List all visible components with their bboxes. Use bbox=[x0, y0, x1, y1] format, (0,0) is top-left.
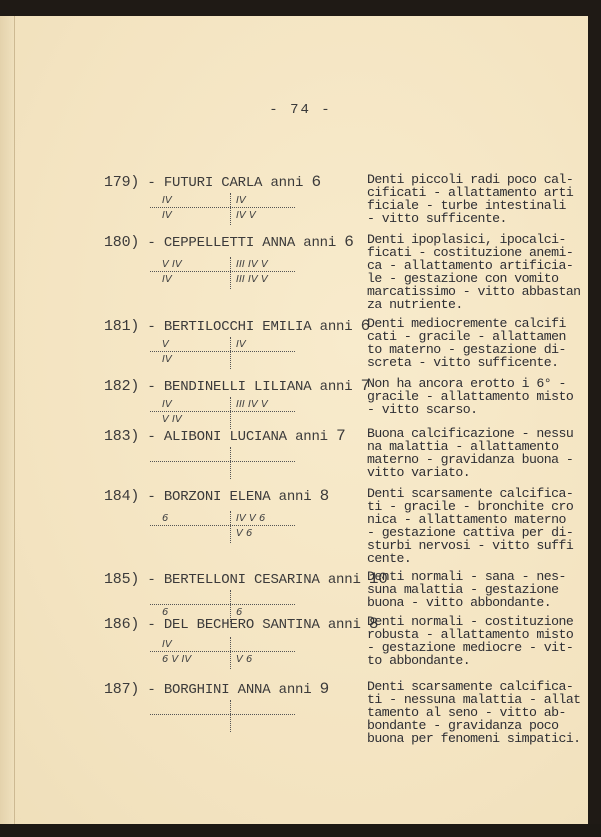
age-label: anni bbox=[320, 379, 353, 395]
lower-right-teeth: V 6 bbox=[236, 654, 296, 665]
entry-header: 180) - CEPPELLETTI ANNA anni 6 bbox=[104, 233, 354, 251]
chart-vertical-axis bbox=[230, 397, 231, 429]
dash: - bbox=[147, 489, 163, 505]
chart-horizontal-axis bbox=[150, 271, 295, 272]
lower-right-teeth: IV V bbox=[236, 210, 296, 221]
patient-name: BORZONI ELENA bbox=[164, 489, 271, 505]
entry-description: Denti scarsamente calcifica- ti - gracil… bbox=[367, 487, 592, 565]
patient-name: DEL BECHERO SANTINA bbox=[164, 617, 320, 633]
entry-header: 187) - BORGHINI ANNA anni 9 bbox=[104, 680, 329, 698]
scan-border bbox=[0, 824, 601, 837]
entry-number: 181) bbox=[104, 318, 139, 335]
lower-left-teeth: IV bbox=[162, 274, 226, 285]
chart-horizontal-axis bbox=[150, 461, 295, 462]
dash: - bbox=[147, 682, 163, 698]
dental-chart: V IV III IV V IV III IV V bbox=[150, 257, 295, 293]
chart-vertical-axis bbox=[230, 637, 231, 669]
dash: - bbox=[147, 617, 163, 633]
chart-vertical-axis bbox=[230, 700, 231, 732]
dash: - bbox=[147, 175, 163, 191]
chart-horizontal-axis bbox=[150, 207, 295, 208]
dash: - bbox=[147, 429, 163, 445]
dash: - bbox=[147, 235, 163, 251]
patient-age: 9 bbox=[320, 680, 329, 698]
entry-number: 184) bbox=[104, 488, 139, 505]
chart-horizontal-axis bbox=[150, 411, 295, 412]
dash: - bbox=[147, 572, 163, 588]
dental-chart: V IV IV bbox=[150, 337, 295, 373]
entry-description: Buona calcificazione - nessu na malattia… bbox=[367, 427, 592, 479]
upper-right-teeth: IV bbox=[236, 195, 296, 206]
chart-horizontal-axis bbox=[150, 604, 295, 605]
dental-chart: IV IV IV IV V bbox=[150, 193, 295, 229]
entry-description: Denti normali - costituzione robusta - a… bbox=[367, 615, 592, 667]
entry-header: 181) - BERTILOCCHI EMILIA anni 6 bbox=[104, 317, 370, 335]
age-label: anni bbox=[303, 235, 336, 251]
patient-name: BORGHINI ANNA bbox=[164, 682, 271, 698]
chart-vertical-axis bbox=[230, 511, 231, 543]
chart-horizontal-axis bbox=[150, 351, 295, 352]
patient-name: BENDINELLI LILIANA bbox=[164, 379, 312, 395]
entry-header: 179) - FUTURI CARLA anni 6 bbox=[104, 173, 321, 191]
book-gutter bbox=[0, 16, 15, 824]
upper-left-teeth: V bbox=[162, 339, 226, 350]
entry-number: 180) bbox=[104, 234, 139, 251]
age-label: anni bbox=[295, 429, 328, 445]
entry-description: Non ha ancora erotto i 6° - gracile - al… bbox=[367, 377, 592, 416]
entry-header: 182) - BENDINELLI LILIANA anni 7 bbox=[104, 377, 370, 395]
dental-chart: IV 6 V IV V 6 bbox=[150, 637, 295, 673]
entry-header: 184) - BORZONI ELENA anni 8 bbox=[104, 487, 329, 505]
patient-age: 8 bbox=[320, 487, 329, 505]
entry-description: Denti mediocremente calcifi cati - graci… bbox=[367, 317, 592, 369]
age-label: anni bbox=[320, 319, 353, 335]
entry-header: 185) - BERTELLONI CESARINA anni 10 bbox=[104, 570, 388, 588]
dental-chart bbox=[150, 447, 295, 483]
chart-vertical-axis bbox=[230, 337, 231, 369]
age-label: anni bbox=[328, 572, 361, 588]
upper-left-teeth: V IV bbox=[162, 259, 226, 270]
upper-left-teeth: IV bbox=[162, 195, 226, 206]
lower-right-teeth: III IV V bbox=[236, 274, 296, 285]
patient-name: CEPPELLETTI ANNA bbox=[164, 235, 295, 251]
age-label: anni bbox=[279, 489, 312, 505]
patient-name: FUTURI CARLA bbox=[164, 175, 262, 191]
dental-chart bbox=[150, 700, 295, 736]
chart-vertical-axis bbox=[230, 257, 231, 289]
lower-left-teeth: 6 V IV bbox=[162, 654, 226, 665]
entry-number: 187) bbox=[104, 681, 139, 698]
entry-description: Denti ipoplasici, ipocalci- ficati - cos… bbox=[367, 233, 592, 311]
entry-description: Denti scarsamente calcifica- ti - nessun… bbox=[367, 680, 592, 745]
chart-horizontal-axis bbox=[150, 525, 295, 526]
lower-left-teeth: V IV bbox=[162, 414, 226, 425]
upper-left-teeth: IV bbox=[162, 399, 226, 410]
age-label: anni bbox=[328, 617, 361, 633]
entry-number: 185) bbox=[104, 571, 139, 588]
entry-number: 186) bbox=[104, 616, 139, 633]
dental-chart: 6 IV V 6 V 6 bbox=[150, 511, 295, 547]
patient-name: ALIBONI LUCIANA bbox=[164, 429, 287, 445]
patient-age: 7 bbox=[336, 427, 345, 445]
lower-left-teeth: IV bbox=[162, 210, 226, 221]
lower-left-teeth: IV bbox=[162, 354, 226, 365]
patient-age: 6 bbox=[344, 233, 353, 251]
entry-description: Denti piccoli radi poco cal- cificati - … bbox=[367, 173, 592, 225]
page-number: - 74 - bbox=[0, 102, 601, 118]
chart-horizontal-axis bbox=[150, 651, 295, 652]
patient-age: 6 bbox=[311, 173, 320, 191]
upper-right-teeth: III IV V bbox=[236, 259, 296, 270]
upper-right-teeth: III IV V bbox=[236, 399, 296, 410]
upper-right-teeth: IV bbox=[236, 339, 296, 350]
entry-number: 183) bbox=[104, 428, 139, 445]
dash: - bbox=[147, 379, 163, 395]
lower-right-teeth: V 6 bbox=[236, 528, 296, 539]
upper-left-teeth: 6 bbox=[162, 513, 226, 524]
entry-description: Denti normali - sana - nes- suna malatti… bbox=[367, 570, 592, 609]
chart-horizontal-axis bbox=[150, 714, 295, 715]
entry-number: 179) bbox=[104, 174, 139, 191]
chart-vertical-axis bbox=[230, 193, 231, 225]
chart-vertical-axis bbox=[230, 447, 231, 479]
entry-number: 182) bbox=[104, 378, 139, 395]
dash: - bbox=[147, 319, 163, 335]
patient-name: BERTELLONI CESARINA bbox=[164, 572, 320, 588]
age-label: anni bbox=[279, 682, 312, 698]
patient-name: BERTILOCCHI EMILIA bbox=[164, 319, 312, 335]
entry-header: 186) - DEL BECHERO SANTINA anni 8 bbox=[104, 615, 378, 633]
upper-left-teeth: IV bbox=[162, 639, 226, 650]
upper-right-teeth: IV V 6 bbox=[236, 513, 296, 524]
age-label: anni bbox=[270, 175, 303, 191]
entry-header: 183) - ALIBONI LUCIANA anni 7 bbox=[104, 427, 345, 445]
